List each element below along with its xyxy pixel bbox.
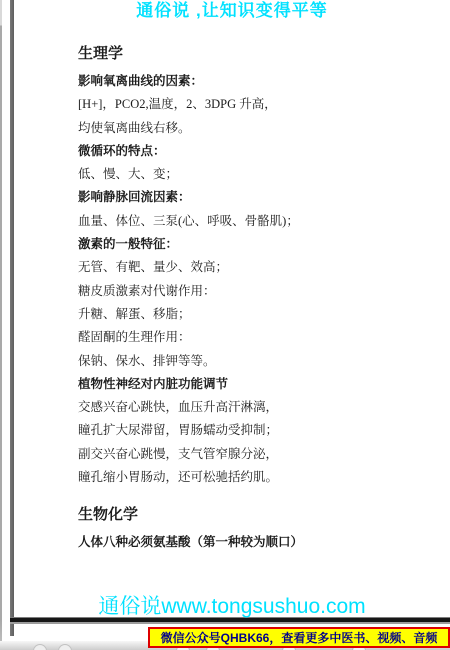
document-page: 生理学 影响氧离曲线的因素：[H+]，PCO2,温度，2、3DPG 升高，均使氧… bbox=[78, 44, 423, 555]
watermark-title: 通俗说 ,让知识变得平等 bbox=[14, 0, 450, 21]
document-line: 均使氧离曲线右移。 bbox=[78, 117, 423, 140]
document-line: 微循环的特点： bbox=[78, 140, 423, 163]
wechat-promo-banner[interactable]: 微信公众号QHBK66，查看更多中医书、视频、音频 bbox=[148, 627, 450, 648]
document-line: 无管、有靶、量少、效高； bbox=[78, 256, 423, 279]
physiology-lines: 影响氧离曲线的因素：[H+]，PCO2,温度，2、3DPG 升高，均使氧离曲线右… bbox=[78, 70, 423, 489]
document-line: 醛固酮的生理作用： bbox=[78, 326, 423, 349]
biochemistry-lines: 人体八种必须氨基酸（第一种较为顺口） bbox=[78, 531, 423, 554]
watermark-site-url: 通俗说www.tongsushuo.com bbox=[14, 590, 450, 620]
wechat-promo-text: 微信公众号QHBK66，查看更多中医书、视频、音频 bbox=[161, 629, 438, 646]
document-line: 瞳孔缩小胃肠动，还可松驰括约肌。 bbox=[78, 466, 423, 489]
document-line: 激素的一般特征： bbox=[78, 233, 423, 256]
section-heading-biochemistry: 生物化学 bbox=[78, 505, 423, 525]
document-line: 影响氧离曲线的因素： bbox=[78, 70, 423, 93]
document-line: 副交兴奋心跳慢，支气管窄腺分泌， bbox=[78, 443, 423, 466]
document-line: 血量、体位、三泵(心、呼吸、骨骼肌)； bbox=[78, 210, 423, 233]
section-physiology: 生理学 影响氧离曲线的因素：[H+]，PCO2,温度，2、3DPG 升高，均使氧… bbox=[78, 44, 423, 489]
document-line: 低、慢、大、变； bbox=[78, 163, 423, 186]
document-line: 人体八种必须氨基酸（第一种较为顺口） bbox=[78, 531, 423, 554]
document-line: 糖皮质激素对代谢作用： bbox=[78, 280, 423, 303]
document-line: 交感兴奋心跳快，血压升高汗淋漓， bbox=[78, 396, 423, 419]
page-left-border bbox=[10, 0, 14, 636]
document-line: 保钠、保水、排钾等等。 bbox=[78, 350, 423, 373]
document-line: [H+]，PCO2,温度，2、3DPG 升高， bbox=[78, 93, 423, 116]
document-line: 升糖、解蛋、移脂； bbox=[78, 303, 423, 326]
section-heading-physiology: 生理学 bbox=[78, 44, 423, 64]
document-line: 瞳孔扩大尿滞留，胃肠蠕动受抑制； bbox=[78, 419, 423, 442]
document-line: 影响静脉回流因素： bbox=[78, 186, 423, 209]
window-edge-line bbox=[0, 0, 2, 650]
document-line: 植物性神经对内脏功能调节 bbox=[78, 373, 423, 396]
section-biochemistry: 生物化学 人体八种必须氨基酸（第一种较为顺口） bbox=[78, 505, 423, 554]
